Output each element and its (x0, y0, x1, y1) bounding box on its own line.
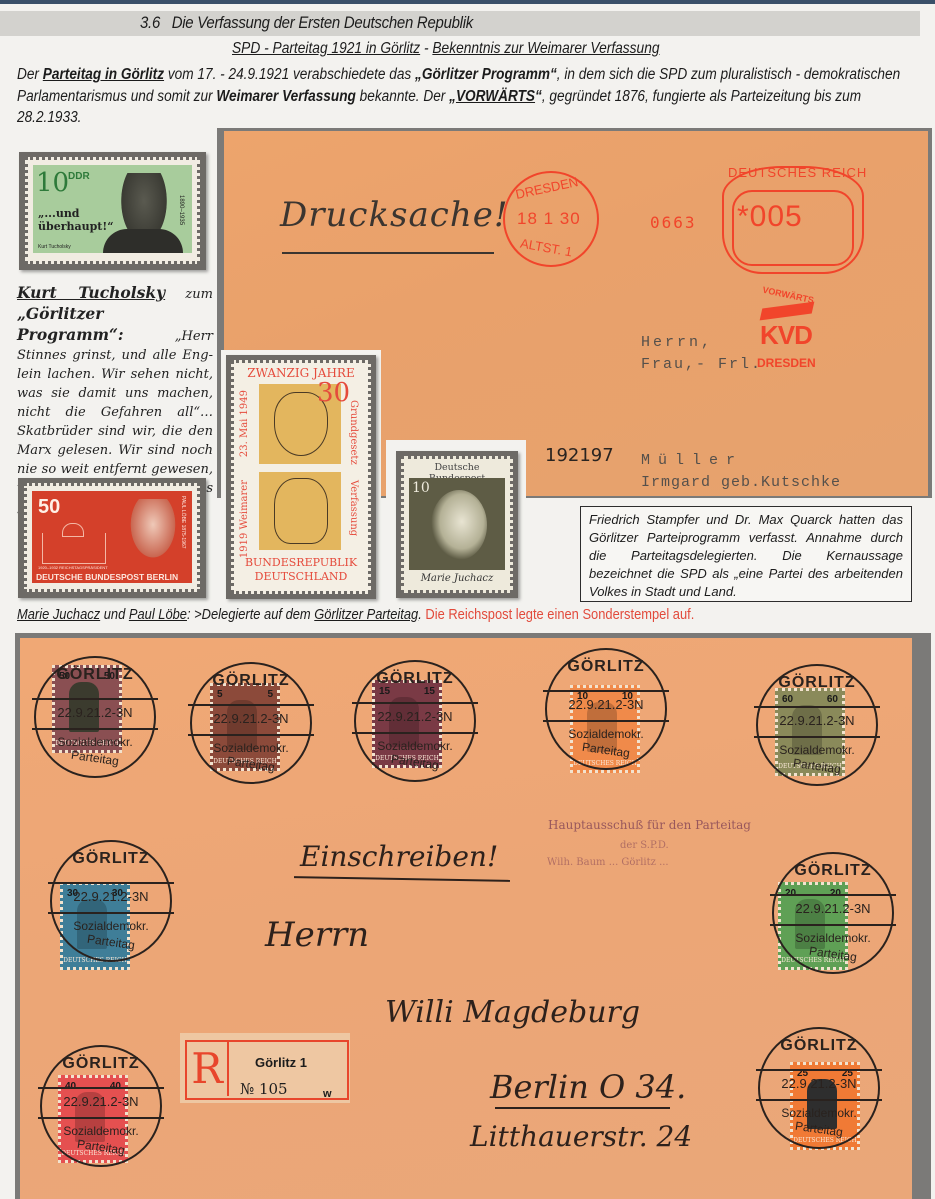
address-salutation: Herrn (265, 915, 369, 955)
cancel-bar (48, 882, 174, 884)
perforation (24, 483, 200, 592)
registration-suffix: w (323, 1088, 332, 1100)
cancel-date: 22.9.21.2-3N (192, 711, 310, 726)
subtitle-separator: - (420, 40, 432, 57)
handstamp-line3: Wilh. Baum ... Görlitz ... (547, 857, 669, 868)
intro-parteitag: Parteitag in Görlitz (43, 66, 164, 83)
typed-address-line2: Frau,- Frl. (641, 356, 762, 373)
intro-text: bekannte. Der (356, 88, 449, 105)
caption-text: und (100, 606, 129, 623)
caption-loebe: Paul Löbe (129, 606, 187, 623)
cancel-date: 22.9.21.2-3N (52, 889, 170, 904)
cancel-bar (38, 1117, 164, 1119)
address-underline (495, 1107, 670, 1109)
cancel-bar (754, 736, 880, 738)
cancel-bar (756, 1069, 882, 1071)
intro-programm: „Görlitzer Programm“ (415, 66, 557, 83)
cancel-bar (32, 728, 158, 730)
intro-paragraph: Der Parteitag in Görlitz vom 17. - 24.9.… (17, 64, 923, 129)
cancel-date: 22.9.21.2-3N (760, 1076, 878, 1091)
goerlitz-cancel: GÖRLITZ 22.9.21.2-3N Sozialdemokr. Parte… (34, 656, 156, 778)
cancel-bar (352, 702, 478, 704)
perforation (231, 360, 371, 594)
caption-parteitag: Görlitzer Parteitag (314, 606, 418, 623)
caption-juchacz: Marie Juchacz (17, 606, 100, 623)
handwritten-underline (282, 252, 494, 254)
goerlitz-cancel: GÖRLITZ 22.9.21.2-3N Sozialdemokr. Parte… (758, 1027, 880, 1149)
address-name: Willi Magdeburg (385, 995, 640, 1030)
perforation (401, 456, 513, 593)
subtitle-right: Bekenntnis zur Weimarer Verfassung (432, 40, 659, 57)
cancel-town: GÖRLITZ (356, 670, 474, 688)
goerlitz-cancel: GÖRLITZ 22.9.21.2-3N Sozialdemokr. Parte… (50, 840, 172, 962)
typed-name: Müller (641, 452, 743, 469)
handwritten-einschreiben: Einschreiben! (300, 840, 498, 873)
cancel-date: 22.9.21.2-3N (356, 709, 474, 724)
quote-intro: zum (165, 287, 213, 302)
cancel-bar (754, 706, 880, 708)
perforation (25, 157, 200, 264)
intro-text: vom 17. - 24.9.1921 verabschiedete das (164, 66, 415, 83)
top-border (0, 0, 935, 4)
stamps-caption: Marie Juchacz und Paul Löbe: >Delegierte… (17, 606, 694, 623)
handwritten-drucksache: Drucksache! (280, 195, 509, 235)
info-box: Friedrich Stampfer und Dr. Max Quarck ha… (580, 506, 912, 602)
registration-number: № 105 (240, 1080, 288, 1098)
stamp-tucholsky: 10 DDR „...und überhaupt!“ Kurt Tucholsk… (25, 157, 200, 264)
cancel-bar (188, 704, 314, 706)
quote-subject: „Görlitzer Programm“: (17, 304, 124, 344)
intro-text: Der (17, 66, 43, 83)
quote-author: Kurt Tucholsky (17, 283, 165, 302)
postmark-date: 18 1 30 (517, 209, 581, 229)
cancel-bar (352, 732, 478, 734)
goerlitz-cancel: GÖRLITZ 22.9.21.2-3N Sozialdemokr. Parte… (756, 664, 878, 786)
section-number: 3.6 (140, 13, 160, 32)
cancel-bar (543, 720, 669, 722)
goerlitz-cancel: GÖRLITZ 22.9.21.2-3N Sozialdemokr. Parte… (354, 660, 476, 782)
cancel-date: 22.9.21.2-3N (42, 1094, 160, 1109)
cancel-town: GÖRLITZ (192, 672, 310, 690)
cancel-date: 22.9.21.2-3N (36, 705, 154, 720)
cancel-town: GÖRLITZ (42, 1055, 160, 1073)
handstamp-line2: der S.P.D. (620, 840, 669, 851)
cancel-town: GÖRLITZ (774, 862, 892, 880)
registration-letter: R (187, 1042, 229, 1096)
ad-city: DRESDEN (757, 356, 816, 370)
reg-number: 192197 (545, 445, 614, 466)
intro-weimarer: Weimarer Verfassung (216, 88, 355, 105)
info-box-text: Friedrich Stampfer und Dr. Max Quarck ha… (589, 511, 903, 601)
stamp-loebe: 50 PAUL LÖBE 1875-1967 1920–1932 REICHST… (24, 483, 200, 592)
cancel-bar (48, 912, 174, 914)
goerlitz-cancel: GÖRLITZ 22.9.21.2-3N Sozialdemokr. Parte… (190, 662, 312, 784)
address-city: Berlin O 34. (490, 1068, 686, 1106)
cancel-town: GÖRLITZ (758, 674, 876, 692)
typed-address-line1: Herrn, (641, 334, 713, 351)
caption-red-note: Die Reichspost legte einen Sonderstempel… (422, 606, 694, 623)
cancel-bar (188, 734, 314, 736)
cancel-bar (770, 924, 896, 926)
cancel-town: GÖRLITZ (547, 658, 665, 676)
registration-town: Görlitz 1 (255, 1055, 307, 1070)
stamp-weimar: ZWANZIG JAHRE 30 1919 Weimarer 23. Mai 1… (231, 360, 371, 594)
cancel-town: GÖRLITZ (760, 1037, 878, 1055)
cancel-date: 22.9.21.2-3N (758, 713, 876, 728)
section-title: Die Verfassung der Ersten Deutschen Repu… (172, 13, 473, 32)
meter-country: DEUTSCHES REICH (728, 165, 867, 180)
cancel-date: 22.9.21.2-3N (774, 901, 892, 916)
section-heading: 3.6 Die Verfassung der Ersten Deutschen … (140, 13, 473, 33)
handstamp-line1: Hauptausschuß für den Parteitag (548, 818, 751, 832)
meter-number: 0663 (650, 213, 697, 232)
cancel-bar (756, 1099, 882, 1101)
goerlitz-cancel: GÖRLITZ 22.9.21.2-3N Sozialdemokr. Parte… (40, 1045, 162, 1167)
cancel-bar (32, 698, 158, 700)
stamp-juchacz: Deutsche Bundespost 10 Marie Juchacz (401, 456, 513, 593)
cancel-town: GÖRLITZ (36, 666, 154, 684)
address-street: Litthauerstr. 24 (470, 1120, 692, 1153)
goerlitz-cancel: GÖRLITZ 22.9.21.2-3N Sozialdemokr. Parte… (545, 648, 667, 770)
cancel-bar (770, 894, 896, 896)
subtitle-left: SPD - Parteitag 1921 in Görlitz (232, 40, 420, 57)
ad-logo: KVD (760, 320, 812, 351)
goerlitz-cancel: GÖRLITZ 22.9.21.2-3N Sozialdemokr. Parte… (772, 852, 894, 974)
cancel-town: GÖRLITZ (52, 850, 170, 868)
intro-vorwaerts: VORWÄRTS (456, 88, 535, 105)
page-subtitle: SPD - Parteitag 1921 in Görlitz - Bekenn… (232, 40, 660, 58)
meter-value: *005 (737, 200, 803, 234)
caption-text: : >Delegierte auf dem (187, 606, 314, 623)
cancel-bar (38, 1087, 164, 1089)
cancel-date: 22.9.21.2-3N (547, 697, 665, 712)
quote-mark: „ (449, 88, 456, 105)
typed-name2: Irmgard geb.Kutschke (641, 474, 841, 491)
cancel-bar (543, 690, 669, 692)
